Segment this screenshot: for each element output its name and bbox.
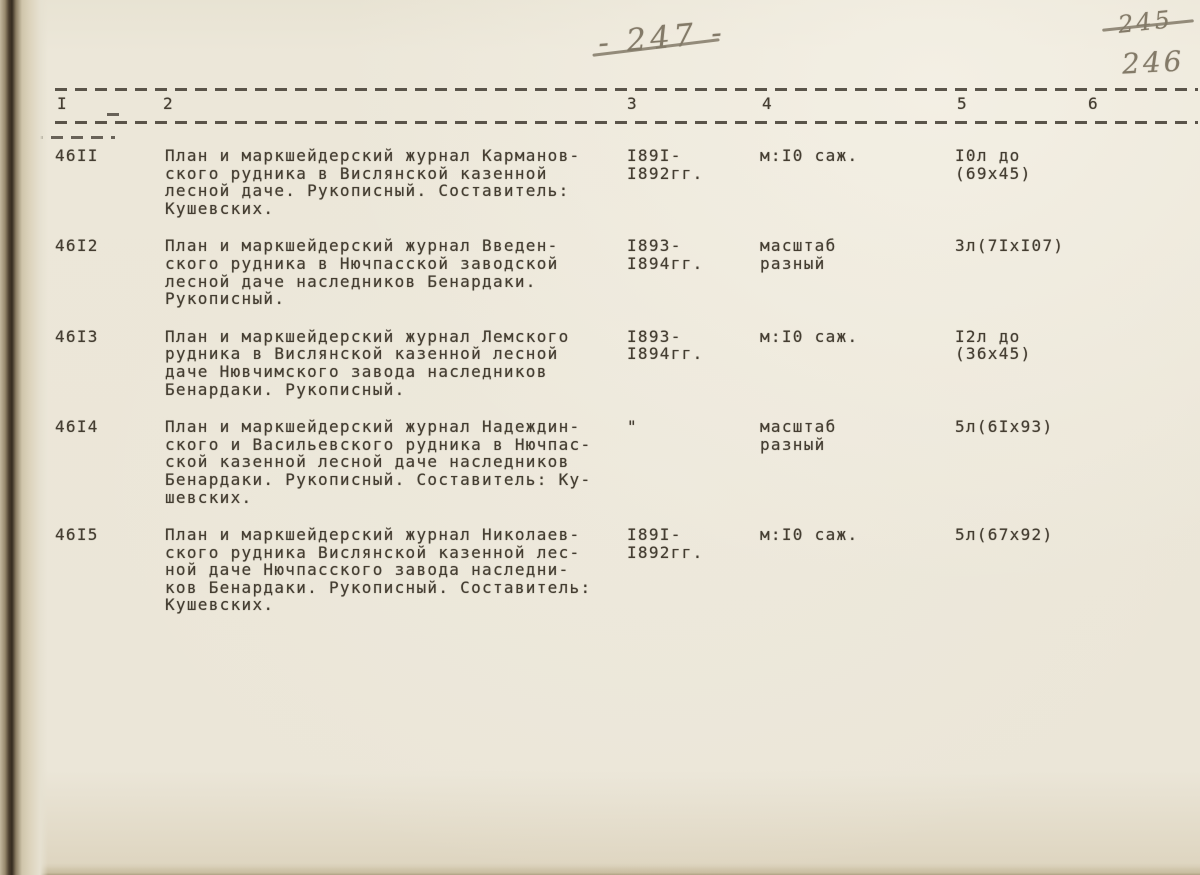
entry-number: 46I2 bbox=[55, 237, 165, 255]
entry-dates: I89I- I892гг. bbox=[627, 147, 760, 182]
table-row: 46I3 План и маркшейдерский журнал Лемско… bbox=[55, 328, 1192, 398]
entry-dates: " bbox=[627, 418, 760, 436]
column-header-5: 5 bbox=[957, 95, 968, 113]
handwritten-page-number-current: 246 bbox=[1121, 44, 1185, 80]
entry-number: 46I4 bbox=[55, 418, 165, 436]
entry-description: План и маркшейдерский журнал Карманов- с… bbox=[165, 147, 627, 217]
entry-scale: м:I0 саж. bbox=[760, 328, 955, 346]
column-header-1: I bbox=[57, 95, 68, 113]
handwritten-page-number-center: - 247 - bbox=[597, 14, 727, 61]
inventory-table-body: 46II План и маркшейдерский журнал Карман… bbox=[55, 147, 1192, 634]
entry-dates: I89I- I892гг. bbox=[627, 526, 760, 561]
entry-description: План и маркшейдерский журнал Лемского ру… bbox=[165, 328, 627, 398]
entry-number: 46I3 bbox=[55, 328, 165, 346]
column-header-4: 4 bbox=[762, 95, 773, 113]
entry-volume: I2л до (36х45) bbox=[955, 328, 1192, 363]
entry-number: 46I5 bbox=[55, 526, 165, 544]
entry-scale: масштаб разный bbox=[760, 418, 955, 453]
entry-volume: 5л(67х92) bbox=[955, 526, 1192, 544]
table-row: 46I4 План и маркшейдерский журнал Надежд… bbox=[55, 418, 1192, 506]
table-header-rule-top bbox=[55, 88, 1198, 91]
column-header-3: 3 bbox=[627, 95, 638, 113]
column-header-2: 2 bbox=[163, 95, 174, 113]
entry-scale: масштаб разный bbox=[760, 237, 955, 272]
entry-volume: 5л(6Iх93) bbox=[955, 418, 1192, 436]
entry-scale: м:I0 саж. bbox=[760, 526, 955, 544]
entry-description: План и маркшейдерский журнал Надеждин- с… bbox=[165, 418, 627, 506]
table-row: 46I2 План и маркшейдерский журнал Введен… bbox=[55, 237, 1192, 307]
table-header-rule-bottom bbox=[55, 121, 1198, 124]
scanned-archive-page: { "page_numbers": { "center_crossed_out"… bbox=[0, 0, 1200, 875]
entry-number: 46II bbox=[55, 147, 165, 165]
typed-dash-mark bbox=[107, 113, 122, 116]
page-left-binding-edge bbox=[0, 0, 48, 875]
table-row: 46I5 План и маркшейдерский журнал Никола… bbox=[55, 526, 1192, 614]
table-row: 46II План и маркшейдерский журнал Карман… bbox=[55, 147, 1192, 217]
entry-dates: I893- I894гг. bbox=[627, 237, 760, 272]
page-bottom-edge-shadow bbox=[0, 863, 1200, 875]
entry-description: План и маркшейдерский журнал Николаев- с… bbox=[165, 526, 627, 614]
entry-volume: 3л(7IхI07) bbox=[955, 237, 1192, 255]
entry-description: План и маркшейдерский журнал Введен- ско… bbox=[165, 237, 627, 307]
entry-scale: м:I0 саж. bbox=[760, 147, 955, 165]
entry-dates: I893- I894гг. bbox=[627, 328, 760, 363]
column-header-6: 6 bbox=[1088, 95, 1099, 113]
entry-volume: I0л до (69х45) bbox=[955, 147, 1192, 182]
